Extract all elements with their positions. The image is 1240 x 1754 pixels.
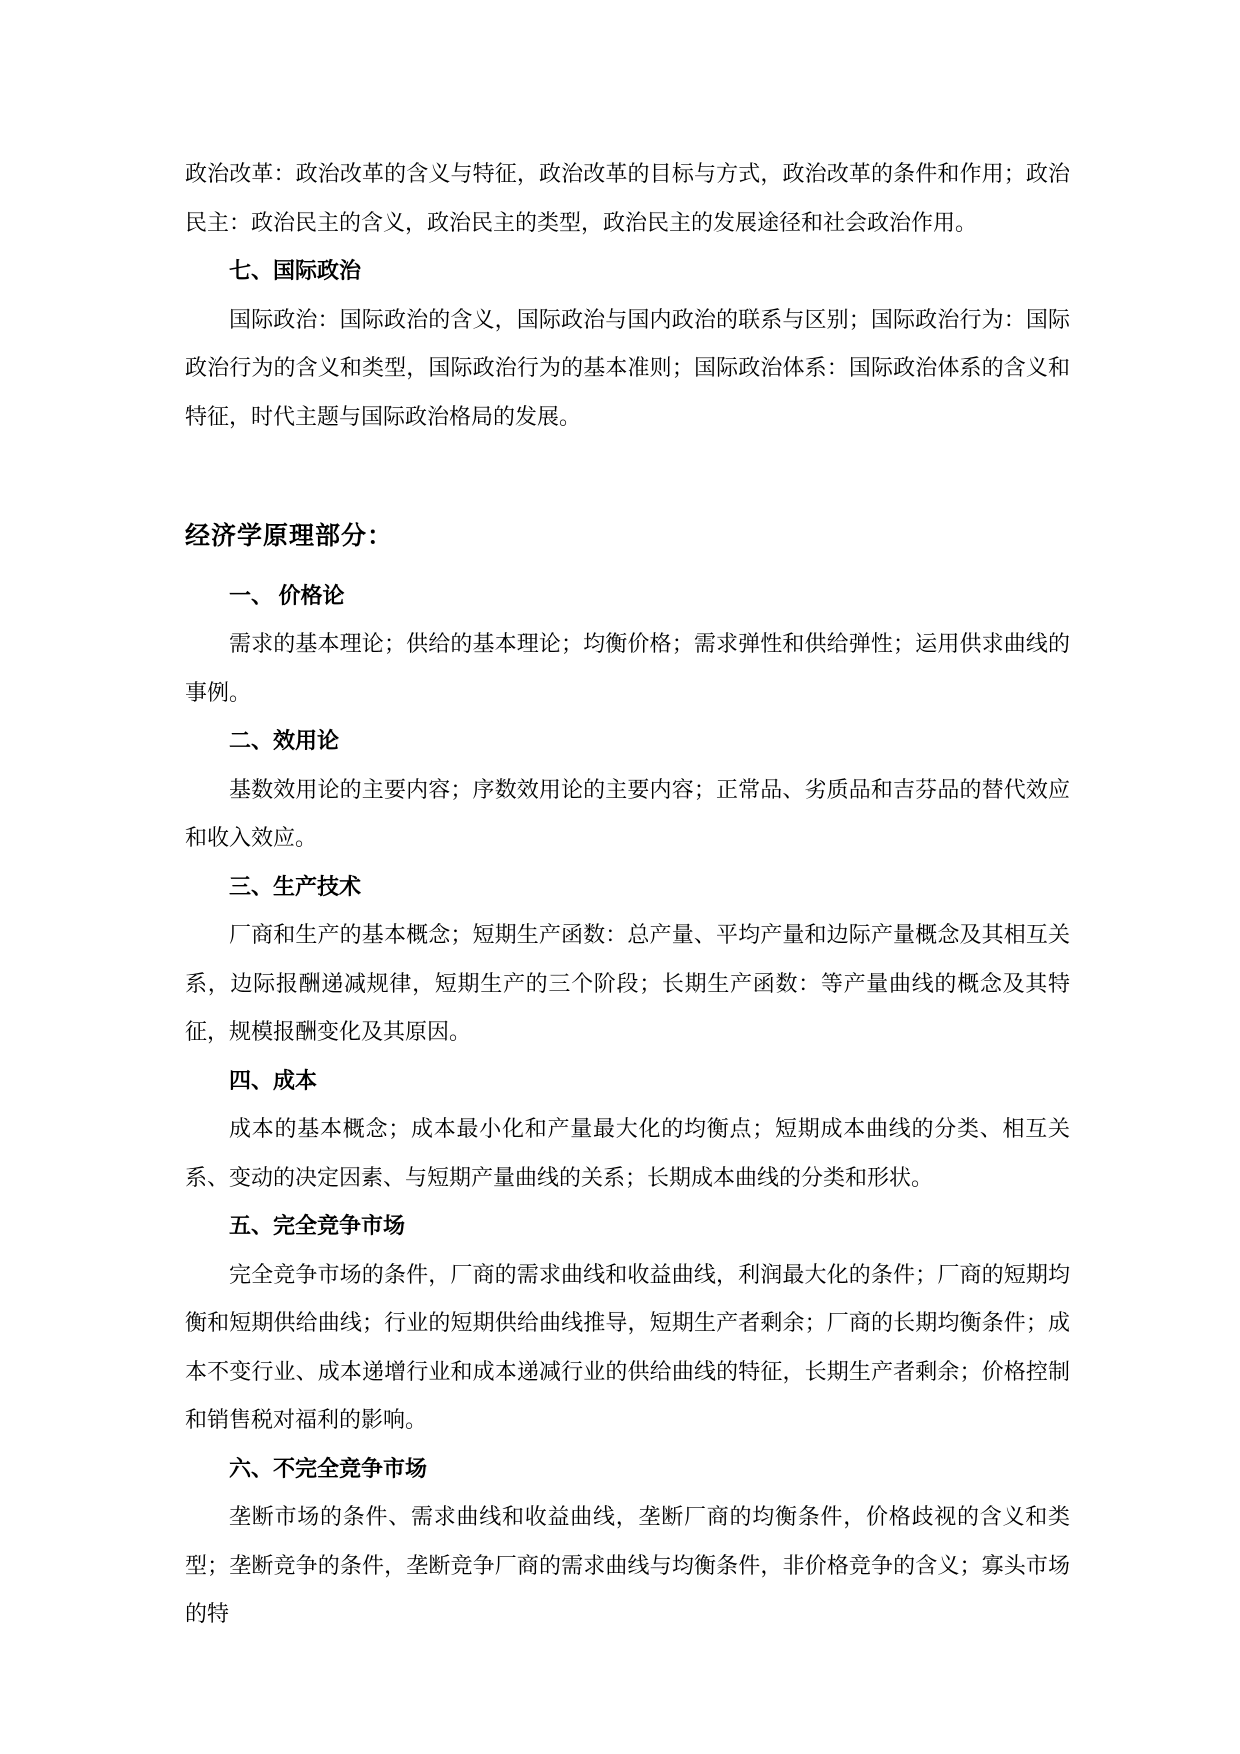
section-heading-utility-theory: 二、效用论 [185, 717, 1070, 766]
politics-continued-paragraph: 政治改革：政治改革的含义与特征，政治改革的目标与方式，政治改革的条件和作用；政治… [185, 150, 1070, 247]
section-body-price-theory: 需求的基本理论；供给的基本理论；均衡价格；需求弹性和供给弹性；运用供求曲线的事例… [185, 620, 1070, 717]
section-heading-imperfect-competition-market: 六、不完全竞争市场 [185, 1445, 1070, 1494]
section-heading-international-politics: 七、国际政治 [185, 247, 1070, 296]
section-heading-price-theory: 一、 价格论 [185, 572, 1070, 621]
section-body-international-politics: 国际政治：国际政治的含义，国际政治与国内政治的联系与区别；国际政治行为：国际政治… [185, 296, 1070, 442]
section-body-imperfect-competition-market: 垄断市场的条件、需求曲线和收益曲线，垄断厂商的均衡条件，价格歧视的含义和类型；垄… [185, 1493, 1070, 1639]
section-heading-perfect-competition-market: 五、完全竞争市场 [185, 1202, 1070, 1251]
section-heading-production-technology: 三、生产技术 [185, 863, 1070, 912]
section-heading-cost: 四、成本 [185, 1057, 1070, 1106]
section-body-utility-theory: 基数效用论的主要内容；序数效用论的主要内容；正常品、劣质品和吉芬品的替代效应和收… [185, 766, 1070, 863]
section-body-perfect-competition-market: 完全竞争市场的条件，厂商的需求曲线和收益曲线，利润最大化的条件；厂商的短期均衡和… [185, 1251, 1070, 1445]
economics-part-title: 经济学原理部分： [185, 513, 1070, 562]
document-page: 政治改革：政治改革的含义与特征，政治改革的目标与方式，政治改革的条件和作用；政治… [0, 0, 1240, 1754]
section-body-cost: 成本的基本概念；成本最小化和产量最大化的均衡点；短期成本曲线的分类、相互关系、变… [185, 1105, 1070, 1202]
section-body-production-technology: 厂商和生产的基本概念；短期生产函数：总产量、平均产量和边际产量概念及其相互关系，… [185, 911, 1070, 1057]
